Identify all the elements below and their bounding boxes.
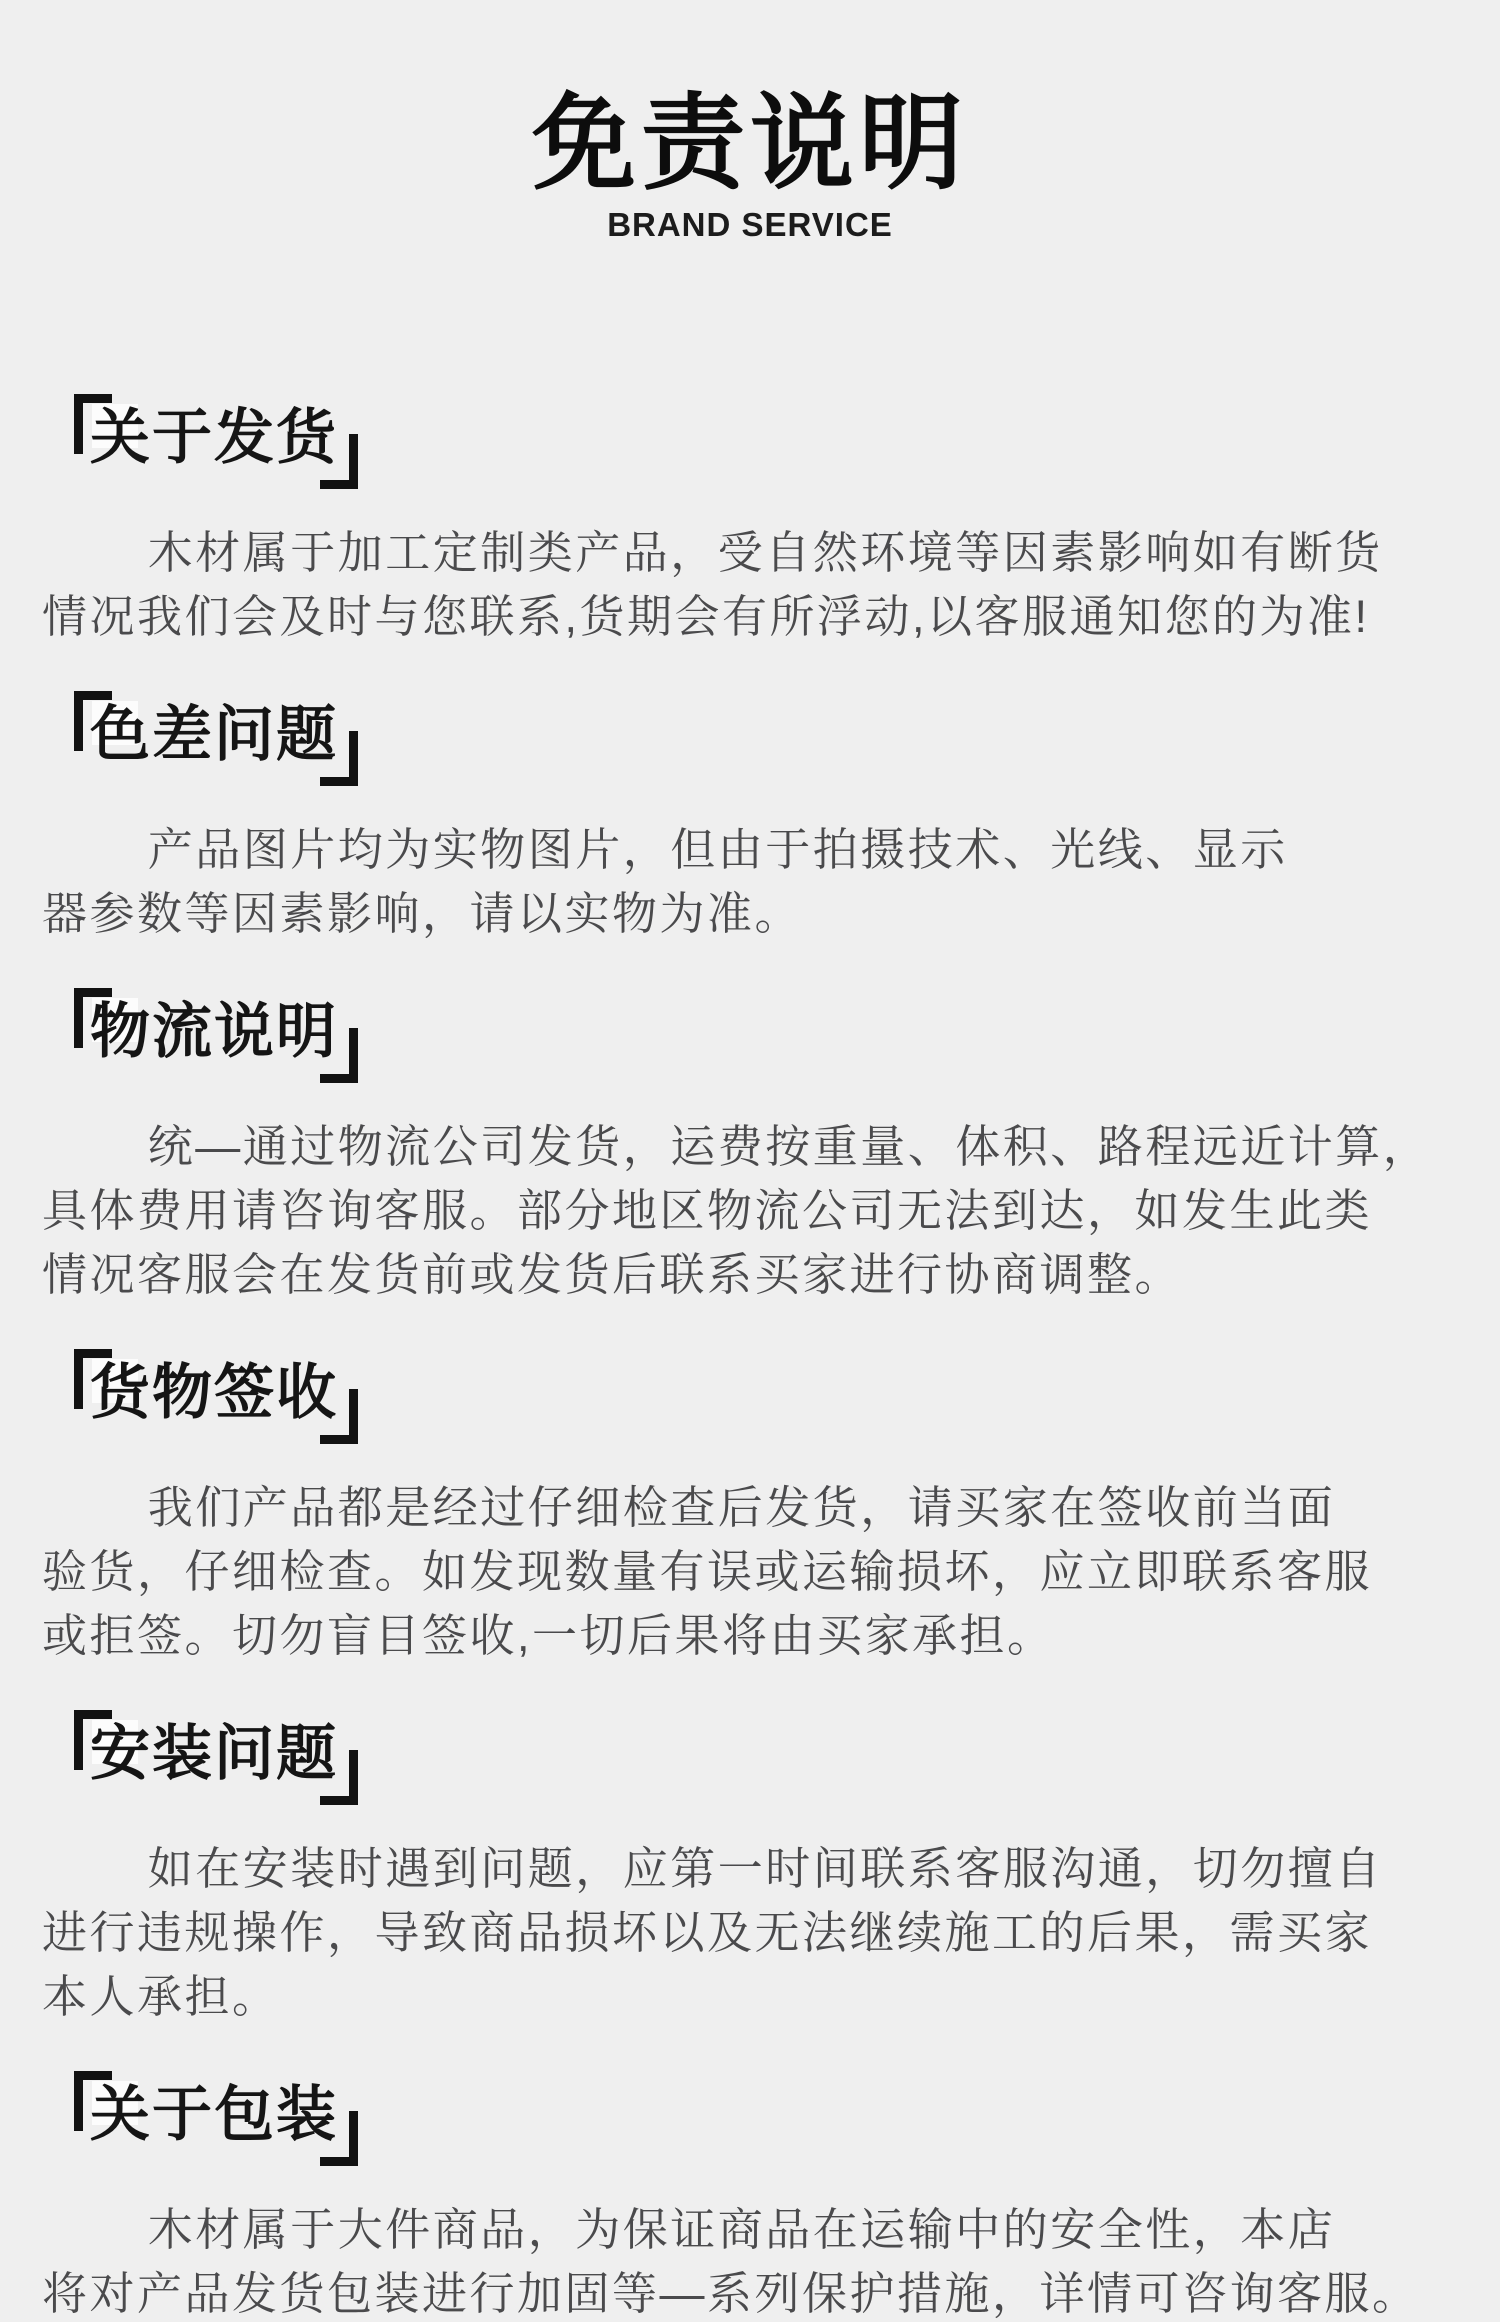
section-body-text: 统—通过物流公司发货，运费按重量、体积、路程远近计算， 具体费用请咨询客服。部分… (0, 1115, 1500, 1307)
section-heading: 货物签收 (90, 1349, 338, 1424)
section-body-text: 木材属于大件商品，为保证商品在运输中的安全性，本店 将对产品发货包装进行加固等—… (0, 2198, 1500, 2322)
disclaimer-page: 免责说明 BRAND SERVICE 关于发货 木材属于加工定制类产品，受自然环… (0, 0, 1500, 2322)
section-goods-receipt: 货物签收 我们产品都是经过仔细检查后发货，请买家在签收前当面 验货，仔细检查。如… (0, 1349, 1500, 1668)
page-title: 免责说明 (0, 92, 1500, 196)
section-body-text: 产品图片均为实物图片，但由于拍摄技术、光线、显示 器参数等因素影响，请以实物为准… (0, 818, 1500, 946)
section-heading-row: 关于包装 (74, 2071, 1500, 2166)
section-heading-row: 色差问题 (74, 691, 1500, 786)
section-color-difference: 色差问题 产品图片均为实物图片，但由于拍摄技术、光线、显示 器参数等因素影响，请… (0, 691, 1500, 946)
section-heading-row: 安装问题 (74, 1710, 1500, 1805)
section-heading-row: 物流说明 (74, 988, 1500, 1083)
section-logistics: 物流说明 统—通过物流公司发货，运费按重量、体积、路程远近计算， 具体费用请咨询… (0, 988, 1500, 1307)
section-heading-row: 货物签收 (74, 1349, 1500, 1444)
section-installation: 安装问题 如在安装时遇到问题，应第一时间联系客服沟通，切勿擅自 进行违规操作，导… (0, 1710, 1500, 2029)
section-body-text: 我们产品都是经过仔细检查后发货，请买家在签收前当面 验货，仔细检查。如发现数量有… (0, 1476, 1500, 1668)
section-about-shipping: 关于发货 木材属于加工定制类产品，受自然环境等因素影响如有断货 情况我们会及时与… (0, 394, 1500, 649)
section-heading: 物流说明 (90, 988, 338, 1063)
section-heading: 关于发货 (90, 394, 338, 469)
section-heading-row: 关于发货 (74, 394, 1500, 489)
section-body-text: 如在安装时遇到问题，应第一时间联系客服沟通，切勿擅自 进行违规操作，导致商品损坏… (0, 1837, 1500, 2029)
section-heading: 安装问题 (90, 1710, 338, 1785)
page-subtitle: BRAND SERVICE (0, 206, 1500, 244)
section-heading: 色差问题 (90, 691, 338, 766)
page-header: 免责说明 BRAND SERVICE (0, 92, 1500, 244)
section-body-text: 木材属于加工定制类产品，受自然环境等因素影响如有断货 情况我们会及时与您联系,货… (0, 521, 1500, 649)
section-heading: 关于包装 (90, 2071, 338, 2146)
section-about-packaging: 关于包装 木材属于大件商品，为保证商品在运输中的安全性，本店 将对产品发货包装进… (0, 2071, 1500, 2322)
